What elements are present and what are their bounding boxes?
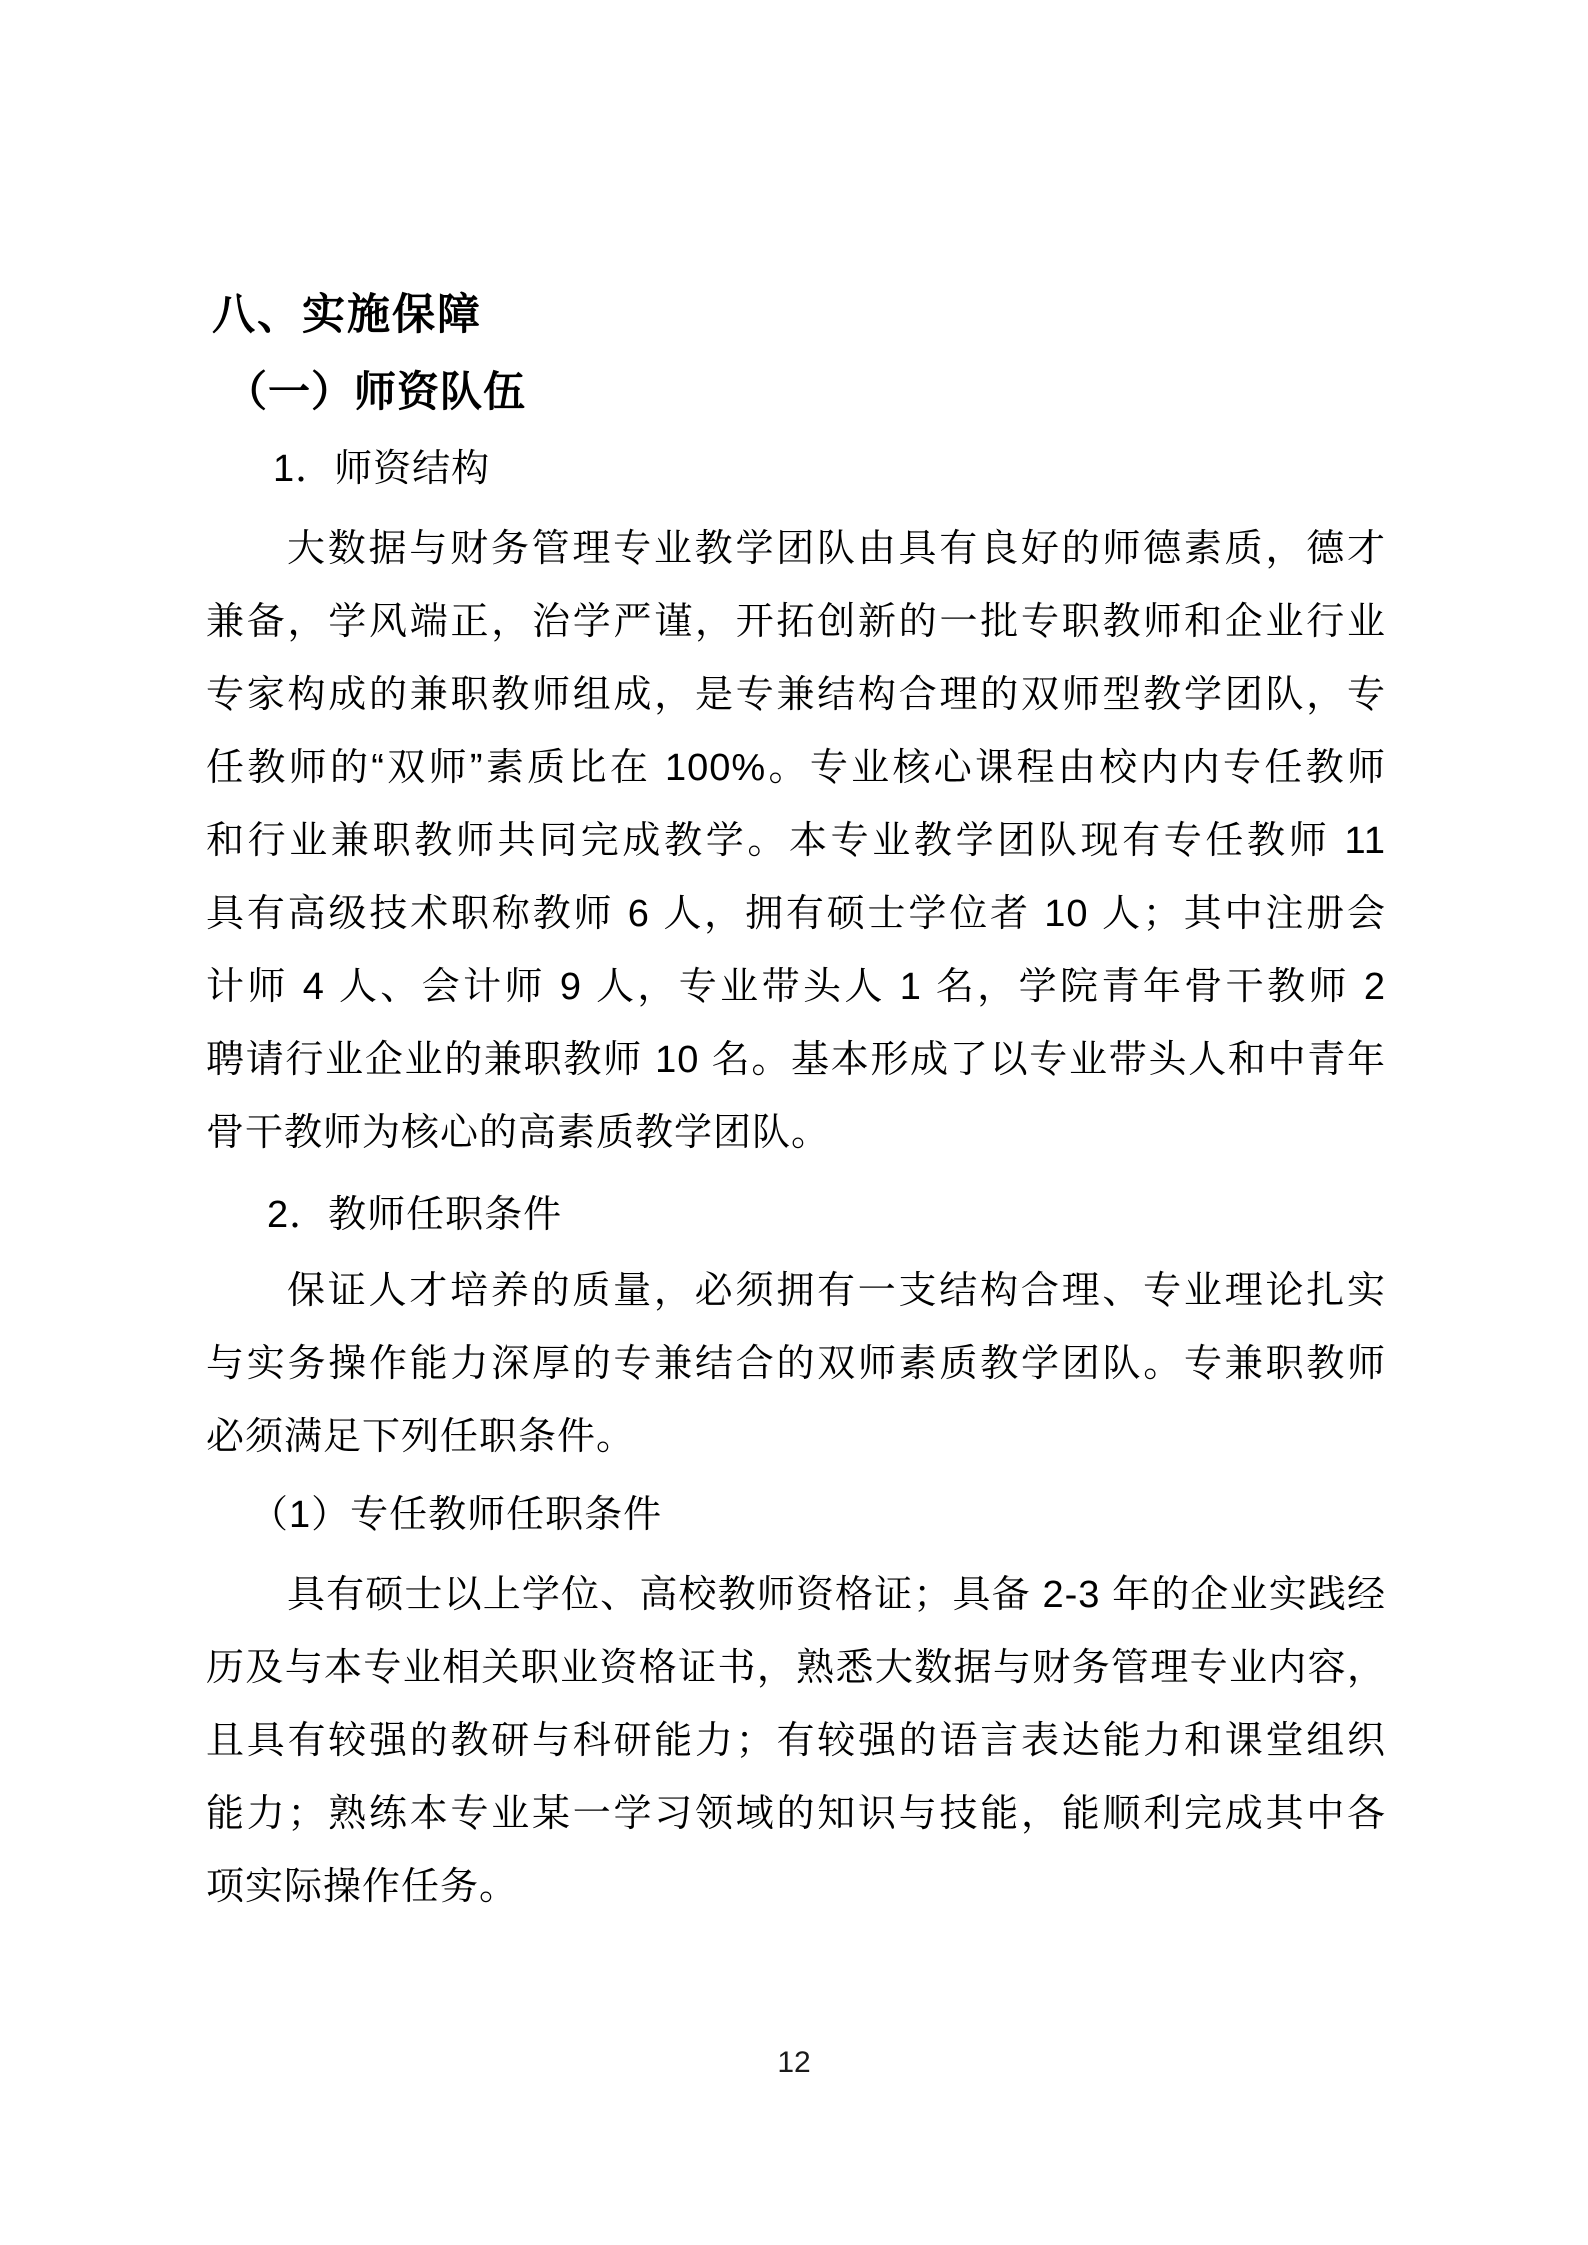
paragraph-fulltime-teacher-requirements: 具有硕士以上学位、高校教师资格证；具备 2-3 年的企业实践经 历及与本专业相关… [206, 1559, 1386, 1924]
paragraph-line: 和行业兼职教师共同完成教学。本专业教学团队现有专任教师 11 人， [206, 805, 1386, 878]
paragraph-line: 具有硕士以上学位、高校教师资格证；具备 2-3 年的企业实践经 [206, 1559, 1386, 1632]
subsection-heading: （一）师资队伍 [206, 364, 1386, 420]
paragraph-line: 历及与本专业相关职业资格证书，熟悉大数据与财务管理专业内容， [206, 1632, 1386, 1705]
numbered-heading-teacher-requirements: 2．教师任职条件 [206, 1187, 1386, 1243]
paragraph-teacher-requirements: 保证人才培养的质量，必须拥有一支结构合理、专业理论扎实 与实务操作能力深厚的专兼… [206, 1255, 1386, 1474]
section-heading: 八、实施保障 [206, 287, 1386, 343]
paragraph-line: 保证人才培养的质量，必须拥有一支结构合理、专业理论扎实 [206, 1255, 1386, 1328]
paragraph-line: 且具有较强的教研与科研能力；有较强的语言表达能力和课堂组织 [206, 1705, 1386, 1778]
paragraph-line: 专家构成的兼职教师组成，是专兼结构合理的双师型教学团队，专 [206, 659, 1386, 732]
paragraph-line: 必须满足下列任职条件。 [206, 1401, 1386, 1474]
document-page: 八、实施保障 （一）师资队伍 1．师资结构 大数据与财务管理专业教学团队由具有良… [0, 0, 1588, 2245]
paragraph-faculty-structure: 大数据与财务管理专业教学团队由具有良好的师德素质，德才 兼备，学风端正，治学严谨… [206, 513, 1386, 1170]
numbered-heading-faculty-structure: 1．师资结构 [206, 441, 1386, 497]
numbered-heading-fulltime-teacher-requirements: （1）专任教师任职条件 [206, 1487, 1386, 1543]
paragraph-line: 聘请行业企业的兼职教师 10 名。基本形成了以专业带头人和中青年 [206, 1024, 1386, 1097]
paragraph-line: 项实际操作任务。 [206, 1851, 1386, 1924]
paragraph-line: 任教师的“双师”素质比在 100%。专业核心课程由校内内专任教师 [206, 732, 1386, 805]
paragraph-line: 兼备，学风端正，治学严谨，开拓创新的一批专职教师和企业行业 [206, 586, 1386, 659]
paragraph-line: 具有高级技术职称教师 6 人，拥有硕士学位者 10 人；其中注册会 [206, 878, 1386, 951]
paragraph-line: 计师 4 人、会计师 9 人，专业带头人 1 名，学院青年骨干教师 2 名。 [206, 951, 1386, 1024]
paragraph-line: 大数据与财务管理专业教学团队由具有良好的师德素质，德才 [206, 513, 1386, 586]
paragraph-line: 与实务操作能力深厚的专兼结合的双师素质教学团队。专兼职教师 [206, 1328, 1386, 1401]
page-number: 12 [0, 2045, 1588, 2081]
paragraph-line: 能力；熟练本专业某一学习领域的知识与技能，能顺利完成其中各 [206, 1778, 1386, 1851]
paragraph-line: 骨干教师为核心的高素质教学团队。 [206, 1097, 1386, 1170]
